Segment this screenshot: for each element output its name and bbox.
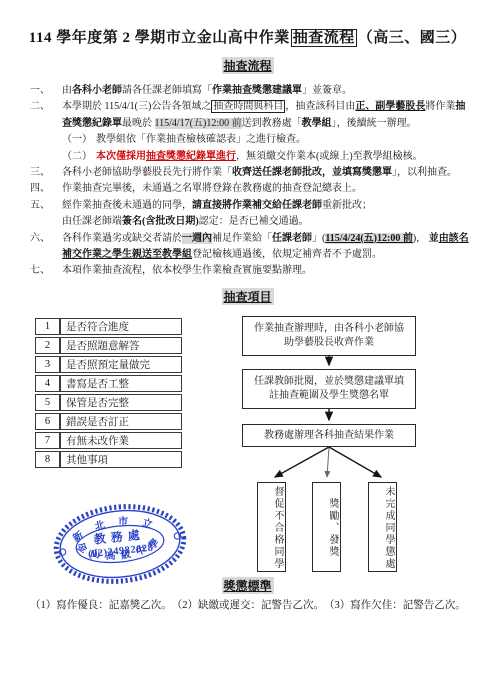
check-table-row: 3是否照預定量做完 xyxy=(35,356,182,373)
title-prefix: 114 學年度第 2 學期市立金山高中作業 xyxy=(29,30,290,46)
process-item-number: （二） xyxy=(62,149,96,165)
process-item-text: 各科小老師協助學藝股長先行將作業「收齊送任課老師批改，並填寫獎懲單」，以利抽查。 xyxy=(62,165,475,181)
process-item-text: 本項作業抽查流程，依本校學生作業檢查實施要點辦理。 xyxy=(62,263,475,279)
check-row-number: 8 xyxy=(35,451,60,468)
process-item: 六、各科作業過劣或缺交者請於一週內補足作業給「任課老師」(115/4/24(五)… xyxy=(30,231,475,264)
section-header-standards: 獎懲標準 xyxy=(221,577,273,594)
stamp-serrated-ring xyxy=(52,501,187,588)
check-table-row: 1是否符合進度 xyxy=(35,318,182,335)
process-item-text: 由各科小老師請各任課老師填寫「作業抽查獎懲建議單」並簽章。 xyxy=(62,83,475,99)
process-item-number: 二、 xyxy=(30,99,62,132)
check-row-number: 5 xyxy=(35,394,60,411)
flow-step-2: 任課教師批閱，並於獎懲建議單填註抽查範圍及學生獎懲名單 xyxy=(242,369,416,409)
check-table-row: 5保管是否完整 xyxy=(35,394,182,411)
flow-branch-box: 督促不合格同學 xyxy=(257,482,286,572)
title-suffix: （高三、國三） xyxy=(358,30,467,46)
flow-branch-box: 獎勵、發獎 xyxy=(312,482,341,572)
process-item: 七、本項作業抽查流程，依本校學生作業檢查實施要點辦理。 xyxy=(30,263,475,279)
check-row-item: 是否符合進度 xyxy=(60,318,182,335)
check-table-row: 7有無未改作業 xyxy=(35,432,182,449)
check-row-item: 是否照題意解答 xyxy=(60,337,182,354)
process-item-number: 四、 xyxy=(30,181,62,197)
process-item-text: 本次僅採用抽查獎懲紀錄單進行，無須繳交作業本(或線上)至教學組檢核。 xyxy=(96,149,475,165)
process-item: （一）教學組依「作業抽查檢核確認表」之進行檢查。 xyxy=(30,132,475,148)
process-item-text: 教學組依「作業抽查檢核確認表」之進行檢查。 xyxy=(96,132,475,148)
office-stamp: 新北市立 金山高級中學 教務處 (02)24982028 xyxy=(48,500,192,588)
standards-line: （1）寫作優良：記嘉獎乙次。 （2）缺繳或遲交：記警告乙次。 （3）寫作欠佳：記… xyxy=(30,597,475,612)
check-table-row: 2是否照題意解答 xyxy=(35,337,182,354)
check-row-item: 其他事項 xyxy=(60,451,182,468)
title-boxed-term: 抽查流程 xyxy=(291,29,357,47)
check-table-row: 8其他事項 xyxy=(35,451,182,468)
process-item: 三、各科小老師協助學藝股長先行將作業「收齊送任課老師批改，並填寫獎懲單」，以利抽… xyxy=(30,165,475,181)
process-list: 一、由各科小老師請各任課老師填寫「作業抽查獎懲建議單」並簽章。二、本學期於 11… xyxy=(30,83,475,280)
check-row-item: 保管是否完整 xyxy=(60,394,182,411)
check-row-number: 4 xyxy=(35,375,60,392)
process-item-number: （一） xyxy=(62,132,96,148)
check-row-number: 6 xyxy=(35,413,60,430)
arrow-step3-branch-mid xyxy=(327,447,329,477)
check-row-number: 7 xyxy=(35,432,60,449)
flow-branch-box: 未完成同學懲處 xyxy=(368,482,397,572)
process-item-number: 一、 xyxy=(30,83,62,99)
check-row-item: 是否照預定量做完 xyxy=(60,356,182,373)
page-title: 114 學年度第 2 學期市立金山高中作業抽查流程（高三、國三） xyxy=(0,26,495,47)
process-item-number: 六、 xyxy=(30,231,62,264)
check-table-row: 6錯誤是否訂正 xyxy=(35,413,182,430)
check-table-row: 4書寫是否工整 xyxy=(35,375,182,392)
process-item: （二）本次僅採用抽查獎懲紀錄單進行，無須繳交作業本(或線上)至教學組檢核。 xyxy=(30,149,475,165)
check-row-number: 3 xyxy=(35,356,60,373)
arrow-step3-branch-right xyxy=(329,447,381,477)
section-header-process: 抽查流程 xyxy=(221,57,273,74)
process-item: 一、由各科小老師請各任課老師填寫「作業抽查獎懲建議單」並簽章。 xyxy=(30,83,475,99)
process-item-number: 三、 xyxy=(30,165,62,181)
flowchart: 作業抽查辦理時，由各科小老師協助學藝股長收齊作業 任課教師批閱，並於獎懲建議單填… xyxy=(242,316,416,574)
check-row-number: 2 xyxy=(35,337,60,354)
document-page: 114 學年度第 2 學期市立金山高中作業抽查流程（高三、國三） 抽查流程 一、… xyxy=(0,0,495,700)
process-item: 五、經作業抽查後未通過的同學，請直接將作業補交給任課老師重新批改；由任課老師端簽… xyxy=(30,198,475,231)
process-item-text: 本學期於 115/4/1(三)公告各領域之抽查時間與科目，抽查該科目由正、副學藝… xyxy=(62,99,475,132)
flow-step-3: 教務處辦理各科抽查結果作業 xyxy=(242,424,416,447)
check-row-item: 書寫是否工整 xyxy=(60,375,182,392)
process-item-number: 五、 xyxy=(30,198,62,231)
check-items-table: 1是否符合進度2是否照題意解答3是否照預定量做完4書寫是否工整5保管是否完整6錯… xyxy=(35,316,182,470)
process-item: 四、作業抽查完畢後，未通過之名單將登錄在教務處的抽查登記總表上。 xyxy=(30,181,475,197)
flow-step-1: 作業抽查辦理時，由各科小老師協助學藝股長收齊作業 xyxy=(242,316,416,356)
process-item-text: 各科作業過劣或缺交者請於一週內補足作業給「任課老師」(115/4/24(五)12… xyxy=(62,231,475,264)
check-row-number: 1 xyxy=(35,318,60,335)
process-item-number: 七、 xyxy=(30,263,62,279)
check-row-item: 錯誤是否訂正 xyxy=(60,413,182,430)
process-item: 二、本學期於 115/4/1(三)公告各領域之抽查時間與科目，抽查該科目由正、副… xyxy=(30,99,475,132)
section-header-items: 抽查項目 xyxy=(221,288,273,305)
process-item-text: 作業抽查完畢後，未通過之名單將登錄在教務處的抽查登記總表上。 xyxy=(62,181,475,197)
process-item-text: 經作業抽查後未通過的同學，請直接將作業補交給任課老師重新批改；由任課老師端簽名(… xyxy=(62,198,475,231)
check-table-body: 1是否符合進度2是否照題意解答3是否照預定量做完4書寫是否工整5保管是否完整6錯… xyxy=(35,318,182,468)
arrow-step3-branch-left xyxy=(275,447,329,477)
check-row-item: 有無未改作業 xyxy=(60,432,182,449)
